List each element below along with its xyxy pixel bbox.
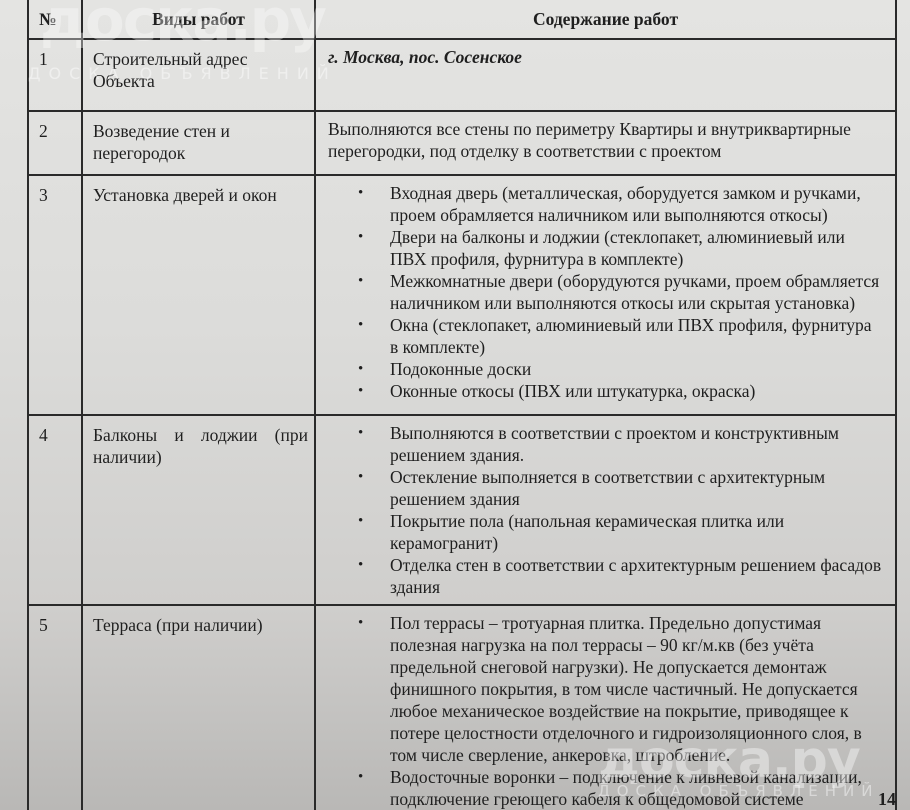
bullet-icon: • [358,226,363,248]
bullet-item: •Отделка стен в соответствии с архитекту… [328,554,883,598]
header-num: № [28,0,82,39]
bullet-icon: • [358,510,363,532]
bullet-item: •Покрытие пола (напольная керамическая п… [328,510,883,554]
header-content: Содержание работ [315,0,896,39]
bullet-icon: • [358,766,363,788]
bullet-text: Входная дверь (металлическая, оборудуетс… [390,183,861,225]
row-content: •Выполняются в соответствии с проектом и… [315,415,896,605]
bullet-text: Двери на балконы и лоджии (стеклопакет, … [390,227,845,269]
bullet-icon: • [358,182,363,204]
bullet-item: •Межкомнатные двери (оборудуются ручками… [328,270,883,314]
bullet-item: •Водосточные воронки – подключение к лив… [328,766,883,810]
bullet-list: •Входная дверь (металлическая, оборудует… [328,182,883,402]
bullet-item: •Двери на балконы и лоджии (стеклопакет,… [328,226,883,270]
row-kind: Установка дверей и окон [82,175,315,415]
table-header-row: № Виды работ Содержание работ [28,0,896,39]
bullet-icon: • [358,612,363,634]
bullet-item: •Оконные откосы (ПВХ или штукатурка, окр… [328,380,883,402]
row-kind: Возведение стен и перегородок [82,111,315,175]
row-num: 2 [28,111,82,175]
bullet-text: Покрытие пола (напольная керамическая пл… [390,511,784,553]
row-num: 5 [28,605,82,810]
bullet-text: Окна (стеклопакет, алюминиевый или ПВХ п… [390,315,872,357]
row-num: 1 [28,39,82,111]
works-table: № Виды работ Содержание работ 1 Строител… [27,0,897,810]
bullet-text: Подоконные доски [390,359,531,379]
bullet-item: •Остекление выполняется в соответствии с… [328,466,883,510]
object-address: г. Москва, пос. Сосенское [315,39,896,111]
row-kind: Строительный адрес Объекта [82,39,315,111]
row-num: 4 [28,415,82,605]
row-kind: Балконы и лоджии (при наличии) [82,415,315,605]
table-row: 2 Возведение стен и перегородок Выполняю… [28,111,896,175]
table-row: 3 Установка дверей и окон •Входная дверь… [28,175,896,415]
header-kind: Виды работ [82,0,315,39]
bullet-icon: • [358,380,363,402]
bullet-list: •Выполняются в соответствии с проектом и… [328,422,883,598]
bullet-text: Водосточные воронки – подключение к ливн… [390,767,862,809]
row-content: •Входная дверь (металлическая, оборудует… [315,175,896,415]
row-kind: Терраса (при наличии) [82,605,315,810]
bullet-item: •Подоконные доски [328,358,883,380]
row-content: •Пол террасы – тротуарная плитка. Предел… [315,605,896,810]
bullet-item: •Окна (стеклопакет, алюминиевый или ПВХ … [328,314,883,358]
bullet-text: Отделка стен в соответствии с архитектур… [390,555,881,597]
page-number: 14 [878,789,896,810]
bullet-icon: • [358,314,363,336]
bullet-text: Остекление выполняется в соответствии с … [390,467,825,509]
bullet-item: •Пол террасы – тротуарная плитка. Предел… [328,612,883,766]
bullet-list: •Пол террасы – тротуарная плитка. Предел… [328,612,883,810]
bullet-item: •Входная дверь (металлическая, оборудует… [328,182,883,226]
bullet-icon: • [358,358,363,380]
bullet-icon: • [358,554,363,576]
bullet-text: Межкомнатные двери (оборудуются ручками,… [390,271,879,313]
bullet-text: Пол террасы – тротуарная плитка. Предель… [390,613,862,765]
table-row: 1 Строительный адрес Объекта г. Москва, … [28,39,896,111]
table-row: 4 Балконы и лоджии (при наличии) •Выполн… [28,415,896,605]
bullet-text: Выполняются в соответствии с проектом и … [390,423,839,465]
document-page: № Виды работ Содержание работ 1 Строител… [0,0,910,810]
bullet-icon: • [358,422,363,444]
bullet-icon: • [358,466,363,488]
row-content: Выполняются все стены по периметру Кварт… [315,111,896,175]
row-num: 3 [28,175,82,415]
bullet-item: •Выполняются в соответствии с проектом и… [328,422,883,466]
bullet-text: Оконные откосы (ПВХ или штукатурка, окра… [390,381,755,401]
table-row: 5 Терраса (при наличии) •Пол террасы – т… [28,605,896,810]
bullet-icon: • [358,270,363,292]
